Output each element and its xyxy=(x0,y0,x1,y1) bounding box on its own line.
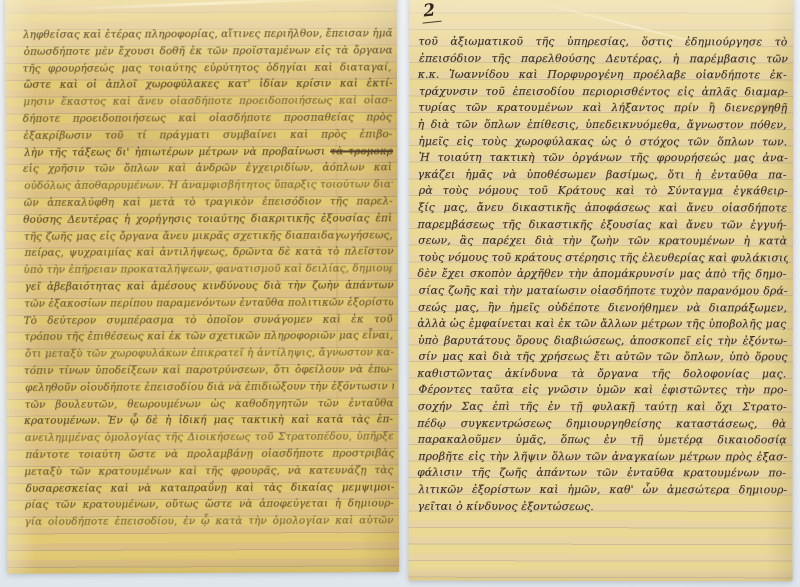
handwritten-line: ῶν ἀπεκαλύφθη καὶ μετὰ τὸ τραγικὸν ἐπεισ… xyxy=(24,193,393,211)
handwritten-line: τοῦ ἀξιωματικοῦ τῆς ὑπηρεσίας, ὅστις ἐδη… xyxy=(418,34,787,51)
manuscript-page-2: 2 τοῦ ἀξιωματικοῦ τῆς ὑπηρεσίας, ὅστις ἐ… xyxy=(408,0,793,581)
handwritten-line: ἐξακρίβωσιν τοῦ τί πράγματι συμβαίνει κα… xyxy=(23,126,392,144)
handwritten-text: ληφθείσας καὶ ἑτέρας πληροφορίας, αἵτινε… xyxy=(23,25,394,531)
handwritten-line: παρεμβάσεως τῆς δικαστικῆς ἐξουσίας καὶ … xyxy=(417,216,786,233)
handwritten-line: προβῆτε εἰς τὴν λῆψιν ὅλων τῶν ἀναγκαίων… xyxy=(418,449,787,466)
handwritten-line: οὐδόλως ἀποθαρρυμένων. Ἡ ἀναμφισβήτητος … xyxy=(24,176,393,194)
handwritten-line: ὑπὸ βαρυτάτους ὅρους διαβιώσεως, ἀποσκοπ… xyxy=(418,332,787,349)
handwritten-line: τρόπου τῆς ἐπιθέσεως καὶ ἐκ τῶν σχετικῶν… xyxy=(24,328,393,346)
handwritten-line: ἀλλὰ ὡς ἐμφαίνεται καὶ ἐκ τῶν ἄλλων μέτρ… xyxy=(417,316,786,333)
handwritten-line: δυσαρεσκείας καὶ νὰ καταπραΰνῃ καὶ τὰς δ… xyxy=(25,479,394,497)
handwritten-line: τόπιν τίνων ὑποδείξεων καὶ παροτρύνσεων,… xyxy=(24,361,393,379)
handwritten-line: κ.κ. Ἰωαννίδου καὶ Πορφυρογένη προέλαβε … xyxy=(418,67,787,84)
handwritten-line: τῆς φρουρήσεώς μας τοιαύτης εὐρύτητος ὁδ… xyxy=(22,59,391,77)
handwritten-line: ρὰ τοὺς νόμους τοῦ Κράτους καὶ τὸ Σύνταγ… xyxy=(419,183,788,200)
handwritten-line: τῆς ζωῆς μας εἰς ὄργανα ἄνευ μικρᾶς σχετ… xyxy=(24,227,393,245)
handwritten-line: καθιστῶντας ἀκίνδυνα τὰ ὄργανα τῆς δολοφ… xyxy=(417,366,786,383)
handwritten-line: ὁπωσδήποτε μὲν ἔχουσι δοθῆ ἐκ τῶν προϊστ… xyxy=(24,42,393,60)
handwritten-line: παρακαλοῦμεν ὑμᾶς, ὅπως ἐν τῇ ὑμετέρᾳ δι… xyxy=(418,432,787,449)
handwritten-line: φάλισιν τῆς ζωῆς ἁπάντων τῶν ἐνταῦθα κρα… xyxy=(417,465,786,482)
handwritten-line: γία οἱουδήποτε ἐπεισοδίου, ἐν ᾧ κατὰ τὴν… xyxy=(24,512,393,530)
handwritten-line: σοχήν Σας ἐπὶ τῆς ἐν τῇ φυλακῇ ταύτῃ καὶ… xyxy=(418,399,787,416)
manuscript-page-1: ληφθείσας καὶ ἑτέρας πληροφορίας, αἵτινε… xyxy=(5,0,400,574)
handwritten-line: δὲν ἔχει σκοπὸν ἀρχῆθεν τὴν ἀπομάκρυνσίν… xyxy=(417,266,786,283)
handwritten-line: λιτικῶν ἐξορίστων καὶ ἡμῶν, καθ' ὧν ἀμεσ… xyxy=(418,482,787,499)
handwritten-line: σεων, ἃς παρέχει διὰ τὴν ζωὴν τῶν κρατου… xyxy=(418,233,787,250)
handwritten-line: γκάζει ἡμᾶς νὰ ὑποθέσωμεν βασίμως, ὅτι ἡ… xyxy=(418,166,787,183)
handwritten-line: τῶν ἑξακοσίων περίπου παραμενόντων ἐνταῦ… xyxy=(24,294,393,312)
handwritten-line: Τὸ δεύτερον συμπέρασμα τὸ ὁποῖον συνάγομ… xyxy=(24,311,393,329)
handwritten-line: γεῖται ὁ κίνδυνος ἐξοντώσεως. xyxy=(418,498,787,515)
handwritten-line: κρατουμένων. Ἐν ᾧ δὲ ἡ ἰδική μας τακτικὴ… xyxy=(24,411,393,429)
handwritten-line: σίας ζωῆς καὶ τὴν ματαίωσιν οἱασδήποτε τ… xyxy=(419,283,788,300)
handwritten-line: ὅτι μεταξὺ τῶν χωροφυλάκων ἐπικρατεῖ ἡ ἀ… xyxy=(25,344,394,362)
handwritten-line: Ἡ τοιαύτη τακτικὴ τῶν ὀργάνων τῆς φρουρή… xyxy=(419,150,788,167)
handwritten-line: γεῖ ἀβεβαιότητας καὶ ἀμέσους κινδύνους δ… xyxy=(25,277,394,295)
handwritten-line: φεληθοῦν οἱουδήποτε ἐπεισοδίου διὰ νὰ ἐπ… xyxy=(25,378,394,396)
handwritten-line: τυρίας τῶν κρατουμένων καὶ λήξαντος πρίν… xyxy=(418,100,787,117)
paper-crease xyxy=(45,0,375,11)
handwritten-line: ρίας τῶν κρατουμένων, οὕτως ὥστε νὰ ἀποφ… xyxy=(25,495,394,513)
handwritten-line: Φέροντες ταῦτα εἰς γνῶσιν ὑμῶν καὶ ἐφιστ… xyxy=(418,382,787,399)
handwritten-line: θούσης Δευτέρας ἡ χορήγησις τοιαύτης δια… xyxy=(23,210,392,228)
handwritten-line: λὴν τῆς τάξεως δι' ἠπιωτέρων μέτρων νὰ π… xyxy=(24,143,393,161)
handwritten-line: ληφθείσας καὶ ἑτέρας πληροφορίας, αἵτινε… xyxy=(23,25,392,43)
handwritten-line: τράχυνσιν τοῦ ἐπεισοδίου περιορισθέντος … xyxy=(419,83,788,100)
handwritten-line: σεώς μας, ἣν ἡμεῖς οὐδέποτε διενοήθημεν … xyxy=(418,299,787,316)
handwritten-line: πάντοτε τοιαύτη ὥστε νὰ προλαμβάνῃ οἱασδ… xyxy=(25,445,394,463)
handwritten-line: δήποτε προειδοποιήσεως καὶ οἱασδήποτε πρ… xyxy=(23,109,392,127)
handwritten-line: πείρας, ψυχραιμίας καὶ ἀντιλήψεως, δρῶντ… xyxy=(24,244,393,262)
handwritten-line: σίν μας καὶ διὰ τῆς χρήσεως ἔτι αὐτῶν τῶ… xyxy=(418,349,787,366)
handwritten-line: ξίς μας, ἄνευ δικαστικῆς ἀποφάσεως καὶ ἄ… xyxy=(418,200,787,217)
handwritten-line: ἡ διὰ τῶν ὅπλων ἐπίθεσις, ὑπεδεικνυόμεθα… xyxy=(418,117,787,134)
handwritten-line: τῶν βουλευτῶν, θεωρουμένων ὡς καθοδηγητῶ… xyxy=(24,395,393,413)
handwritten-line: ἡμεῖς εἰς τοὺς χωροφύλακας ὡς ὁ στόχος τ… xyxy=(418,133,787,150)
handwritten-line: ὑπὸ τὴν ἐπήρειαν προκαταλήψεων, φανατισμ… xyxy=(23,260,392,278)
page-number: 2 xyxy=(420,0,441,24)
handwritten-line: ὥστε καὶ οἱ ἁπλοῖ χωροφύλακες κατ' ἰδίαν… xyxy=(24,76,393,94)
handwritten-line: τοὺς νόμους τοῦ κράτους στέρησις τῆς ἐλε… xyxy=(419,249,788,266)
handwritten-line: μησιν ἕκαστος καὶ ἄνευ οἱασδήποτε προειδ… xyxy=(23,92,392,110)
handwritten-line: ανειλημμένας ὁμολογίας τῆς Διοικήσεως το… xyxy=(25,428,394,446)
handwritten-text: τοῦ ἀξιωματικοῦ τῆς ὑπηρεσίας, ὅστις ἐδη… xyxy=(418,34,788,516)
handwritten-line: μεταξὺ τῶν κρατουμένων καὶ τῆς φρουρᾶς, … xyxy=(24,462,393,480)
handwritten-line: εἰς χρῆσιν τῶν ὅπλων καὶ ἀνδρῶν ἐγχειριδ… xyxy=(23,160,392,178)
handwritten-line: ἐπεισόδιον τῆς παρελθούσης Δευτέρας, ἡ π… xyxy=(419,50,788,67)
handwritten-line: πέδῳ συγκεντρώσεως δημιουργηθείσης κατασ… xyxy=(417,415,786,432)
